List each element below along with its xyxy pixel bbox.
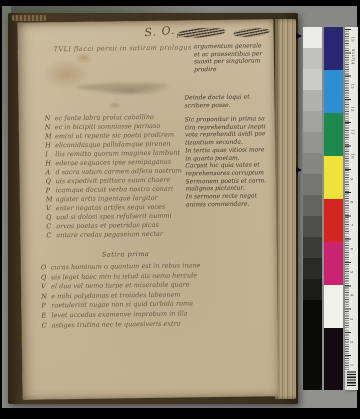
ink-smudge — [76, 83, 168, 91]
grayscale-step — [303, 90, 322, 111]
ruler-number: 4 — [349, 294, 353, 297]
ruler-number: 12 — [351, 106, 355, 111]
color-patch — [324, 199, 343, 242]
manuscript-title-line: TVLI flacci persii in satiram prologus — [54, 43, 192, 53]
line-initial: M — [45, 132, 55, 141]
line-initial: P — [46, 186, 56, 195]
satire-text-block: O curas hominum o quantum est in rebus i… — [41, 261, 202, 330]
line-initial: C — [46, 231, 56, 240]
ruler-number: 8 — [349, 201, 353, 204]
shelfmark-text: S. O. — [144, 24, 176, 40]
manuscript-book: S. O.1r TVLI flacci persii in satiram pr… — [8, 13, 298, 404]
ink-scribble — [177, 27, 225, 39]
line-initial: H — [45, 141, 55, 150]
prologue-line: Cantare credas pegaseium nectar — [46, 230, 183, 241]
ruler-number: 2 — [349, 341, 353, 344]
line-initial: I — [45, 150, 55, 159]
line-text: astiges trutina nec te quaesiveris extra — [52, 319, 181, 330]
grayscale-step — [303, 195, 322, 216]
color-calibration-strip — [324, 27, 343, 390]
grayscale-step — [303, 132, 322, 153]
line-initial: N — [41, 292, 51, 302]
ruler-number: 15 — [351, 36, 355, 41]
gloss-line: animis commendare. — [186, 200, 281, 209]
line-initial: N — [45, 114, 55, 123]
color-patch — [324, 328, 343, 390]
ruler-id-text: 5117 — [351, 49, 356, 60]
grayscale-step — [303, 153, 322, 174]
ruler-number: 1 — [349, 364, 353, 367]
grayscale-step — [303, 300, 322, 390]
grayscale-step — [303, 111, 322, 132]
line-initial: V — [41, 283, 51, 293]
color-patch — [324, 156, 343, 199]
ruler-number: 9 — [349, 178, 353, 181]
ruler-number: 10 — [351, 153, 355, 158]
line-initial: Q — [46, 177, 56, 186]
line-initial: C — [42, 321, 52, 331]
ruler-maker-mark — [347, 371, 356, 386]
ink-scribble — [233, 27, 270, 38]
color-patch — [324, 285, 343, 328]
ruler-number: 5 — [349, 271, 353, 274]
color-patch — [324, 70, 343, 113]
line-initial: C — [46, 222, 56, 231]
line-initial: O — [41, 263, 51, 273]
ruler: 151413121110987654321 5117 — [345, 27, 358, 390]
ruler-number: 11 — [351, 130, 355, 135]
grayscale-step — [303, 216, 322, 237]
prologue-text-block: Nec fonte labra prolui caballinoNec in b… — [45, 113, 183, 241]
gloss-line: prodire — [194, 65, 289, 74]
grayscale-step — [303, 258, 322, 279]
ruler-number: 3 — [349, 317, 353, 320]
color-patch — [324, 27, 343, 70]
line-initial: P — [41, 302, 51, 312]
marginal-gloss-block: Deinde docte loqui etscribere posse. — [184, 93, 279, 110]
line-initial: M — [46, 195, 56, 204]
ruler-number: 14 — [351, 60, 355, 65]
line-text: antare credas pegaseium nectar — [56, 230, 163, 240]
book-headband — [12, 15, 46, 21]
satire-line: Castiges trutina nec te quaesiveris extr… — [42, 319, 202, 331]
grayscale-step — [303, 48, 322, 69]
ruler-number: 6 — [349, 247, 353, 250]
line-initial: E — [41, 311, 51, 321]
photo-frame: S. O.1r TVLI flacci persii in satiram pr… — [0, 0, 360, 419]
ruler-number: 7 — [349, 224, 353, 227]
line-initial: Q — [46, 213, 56, 222]
line-initial: V — [46, 204, 56, 213]
ruler-number: 13 — [351, 83, 355, 88]
calibration-arrow-icon — [296, 33, 302, 39]
grayscale-step — [303, 279, 322, 300]
grayscale-calibration-strip — [303, 27, 322, 390]
grayscale-step — [303, 69, 322, 90]
grayscale-step — [303, 27, 322, 48]
grayscale-step — [303, 174, 322, 195]
manuscript-page: S. O.1r TVLI flacci persii in satiram pr… — [17, 19, 278, 400]
line-initial: A — [45, 168, 55, 177]
marginal-gloss-block: argumentum generaleet ac praesentibus pe… — [194, 42, 289, 74]
gloss-line: scribere posse. — [185, 101, 280, 110]
line-initial: Q — [41, 273, 51, 283]
color-patch — [324, 113, 343, 156]
line-initial: N — [45, 123, 55, 132]
color-patch — [324, 242, 343, 285]
satire-heading: Satira prima — [41, 249, 211, 259]
marginal-gloss-block: Sic proponitur in prima satira reprehend… — [185, 115, 281, 209]
grayscale-step — [303, 237, 322, 258]
book-fore-edge — [275, 19, 296, 399]
calibration-arrow-icon — [296, 167, 302, 173]
shelfmark-inscription: S. O.1r — [144, 23, 182, 42]
line-initial: H — [45, 159, 55, 168]
